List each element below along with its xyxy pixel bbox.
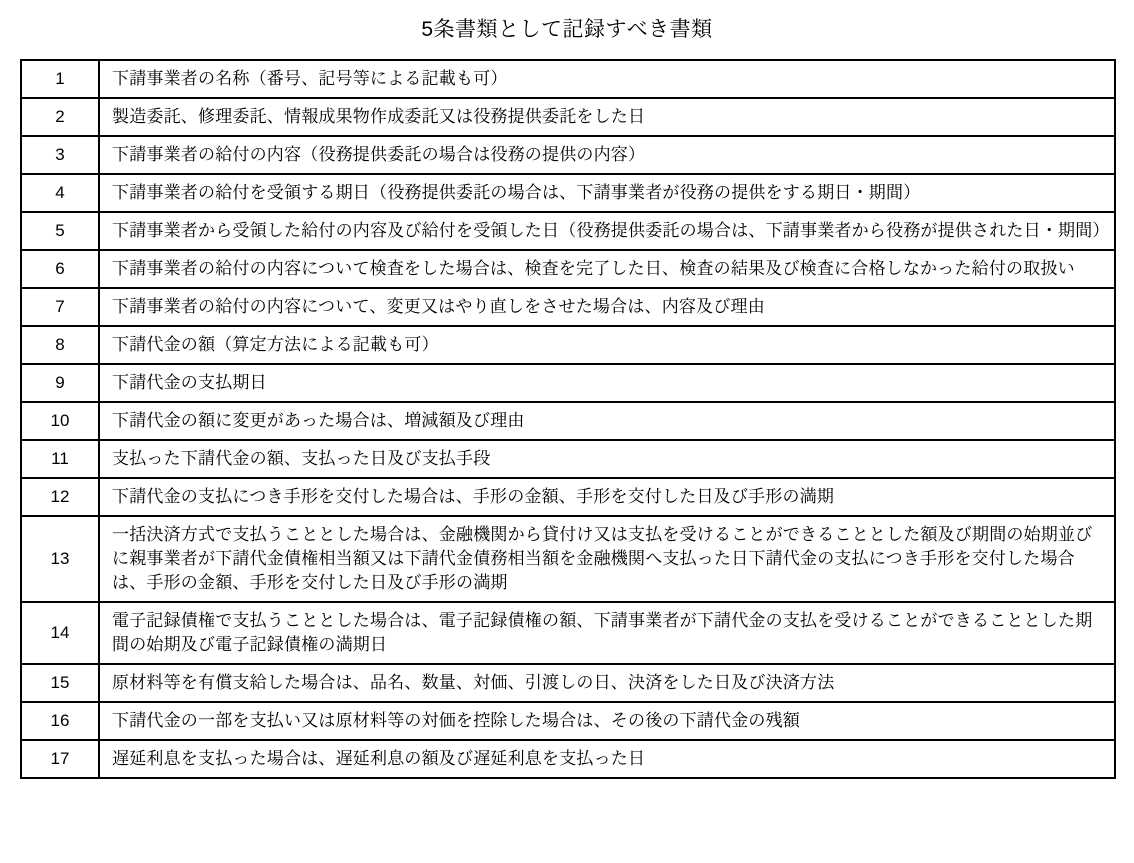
row-description: 遅延利息を支払った場合は、遅延利息の額及び遅延利息を支払った日 bbox=[99, 740, 1115, 778]
row-number: 8 bbox=[21, 326, 99, 364]
row-number: 16 bbox=[21, 702, 99, 740]
table-row: 13 一括決済方式で支払うこととした場合は、金融機関から貸付け又は支払を受けるこ… bbox=[21, 516, 1115, 602]
row-number: 5 bbox=[21, 212, 99, 250]
row-description: 下請事業者の給付を受領する期日（役務提供委託の場合は、下請事業者が役務の提供をす… bbox=[99, 174, 1115, 212]
row-description: 下請事業者から受領した給付の内容及び給付を受領した日（役務提供委託の場合は、下請… bbox=[99, 212, 1115, 250]
row-number: 3 bbox=[21, 136, 99, 174]
row-description: 下請代金の額に変更があった場合は、増減額及び理由 bbox=[99, 402, 1115, 440]
row-number: 13 bbox=[21, 516, 99, 602]
table-row: 7 下請事業者の給付の内容について、変更又はやり直しをさせた場合は、内容及び理由 bbox=[21, 288, 1115, 326]
table-row: 17 遅延利息を支払った場合は、遅延利息の額及び遅延利息を支払った日 bbox=[21, 740, 1115, 778]
table-row: 11 支払った下請代金の額、支払った日及び支払手段 bbox=[21, 440, 1115, 478]
row-number: 17 bbox=[21, 740, 99, 778]
row-number: 1 bbox=[21, 60, 99, 98]
row-number: 10 bbox=[21, 402, 99, 440]
row-number: 2 bbox=[21, 98, 99, 136]
row-number: 7 bbox=[21, 288, 99, 326]
table-row: 9 下請代金の支払期日 bbox=[21, 364, 1115, 402]
row-description: 支払った下請代金の額、支払った日及び支払手段 bbox=[99, 440, 1115, 478]
table-row: 16 下請代金の一部を支払い又は原材料等の対価を控除した場合は、その後の下請代金… bbox=[21, 702, 1115, 740]
row-description: 下請事業者の給付の内容（役務提供委託の場合は役務の提供の内容） bbox=[99, 136, 1115, 174]
row-description: 下請代金の額（算定方法による記載も可） bbox=[99, 326, 1115, 364]
row-description: 製造委託、修理委託、情報成果物作成委託又は役務提供委託をした日 bbox=[99, 98, 1115, 136]
table-row: 6 下請事業者の給付の内容について検査をした場合は、検査を完了した日、検査の結果… bbox=[21, 250, 1115, 288]
table-row: 3 下請事業者の給付の内容（役務提供委託の場合は役務の提供の内容） bbox=[21, 136, 1115, 174]
page-title: 5条書類として記録すべき書類 bbox=[0, 0, 1134, 45]
row-description: 電子記録債権で支払うこととした場合は、電子記録債権の額、下請事業者が下請代金の支… bbox=[99, 602, 1115, 664]
row-description: 下請事業者の名称（番号、記号等による記載も可） bbox=[99, 60, 1115, 98]
table-row: 15 原材料等を有償支給した場合は、品名、数量、対価、引渡しの日、決済をした日及… bbox=[21, 664, 1115, 702]
row-number: 6 bbox=[21, 250, 99, 288]
document-page: 5条書類として記録すべき書類 1 下請事業者の名称（番号、記号等による記載も可）… bbox=[0, 0, 1134, 863]
row-number: 14 bbox=[21, 602, 99, 664]
row-description: 下請事業者の給付の内容について検査をした場合は、検査を完了した日、検査の結果及び… bbox=[99, 250, 1115, 288]
row-number: 9 bbox=[21, 364, 99, 402]
table-row: 4 下請事業者の給付を受領する期日（役務提供委託の場合は、下請事業者が役務の提供… bbox=[21, 174, 1115, 212]
row-description: 下請代金の一部を支払い又は原材料等の対価を控除した場合は、その後の下請代金の残額 bbox=[99, 702, 1115, 740]
row-description: 一括決済方式で支払うこととした場合は、金融機関から貸付け又は支払を受けることがで… bbox=[99, 516, 1115, 602]
row-description: 原材料等を有償支給した場合は、品名、数量、対価、引渡しの日、決済をした日及び決済… bbox=[99, 664, 1115, 702]
row-number: 12 bbox=[21, 478, 99, 516]
table-row: 14 電子記録債権で支払うこととした場合は、電子記録債権の額、下請事業者が下請代… bbox=[21, 602, 1115, 664]
table-row: 1 下請事業者の名称（番号、記号等による記載も可） bbox=[21, 60, 1115, 98]
row-description: 下請代金の支払につき手形を交付した場合は、手形の金額、手形を交付した日及び手形の… bbox=[99, 478, 1115, 516]
row-description: 下請事業者の給付の内容について、変更又はやり直しをさせた場合は、内容及び理由 bbox=[99, 288, 1115, 326]
row-description: 下請代金の支払期日 bbox=[99, 364, 1115, 402]
table-row: 10 下請代金の額に変更があった場合は、増減額及び理由 bbox=[21, 402, 1115, 440]
row-number: 11 bbox=[21, 440, 99, 478]
table-row: 5 下請事業者から受領した給付の内容及び給付を受領した日（役務提供委託の場合は、… bbox=[21, 212, 1115, 250]
table-row: 12 下請代金の支払につき手形を交付した場合は、手形の金額、手形を交付した日及び… bbox=[21, 478, 1115, 516]
row-number: 4 bbox=[21, 174, 99, 212]
table-row: 8 下請代金の額（算定方法による記載も可） bbox=[21, 326, 1115, 364]
row-number: 15 bbox=[21, 664, 99, 702]
records-table: 1 下請事業者の名称（番号、記号等による記載も可） 2 製造委託、修理委託、情報… bbox=[20, 59, 1116, 779]
table-row: 2 製造委託、修理委託、情報成果物作成委託又は役務提供委託をした日 bbox=[21, 98, 1115, 136]
